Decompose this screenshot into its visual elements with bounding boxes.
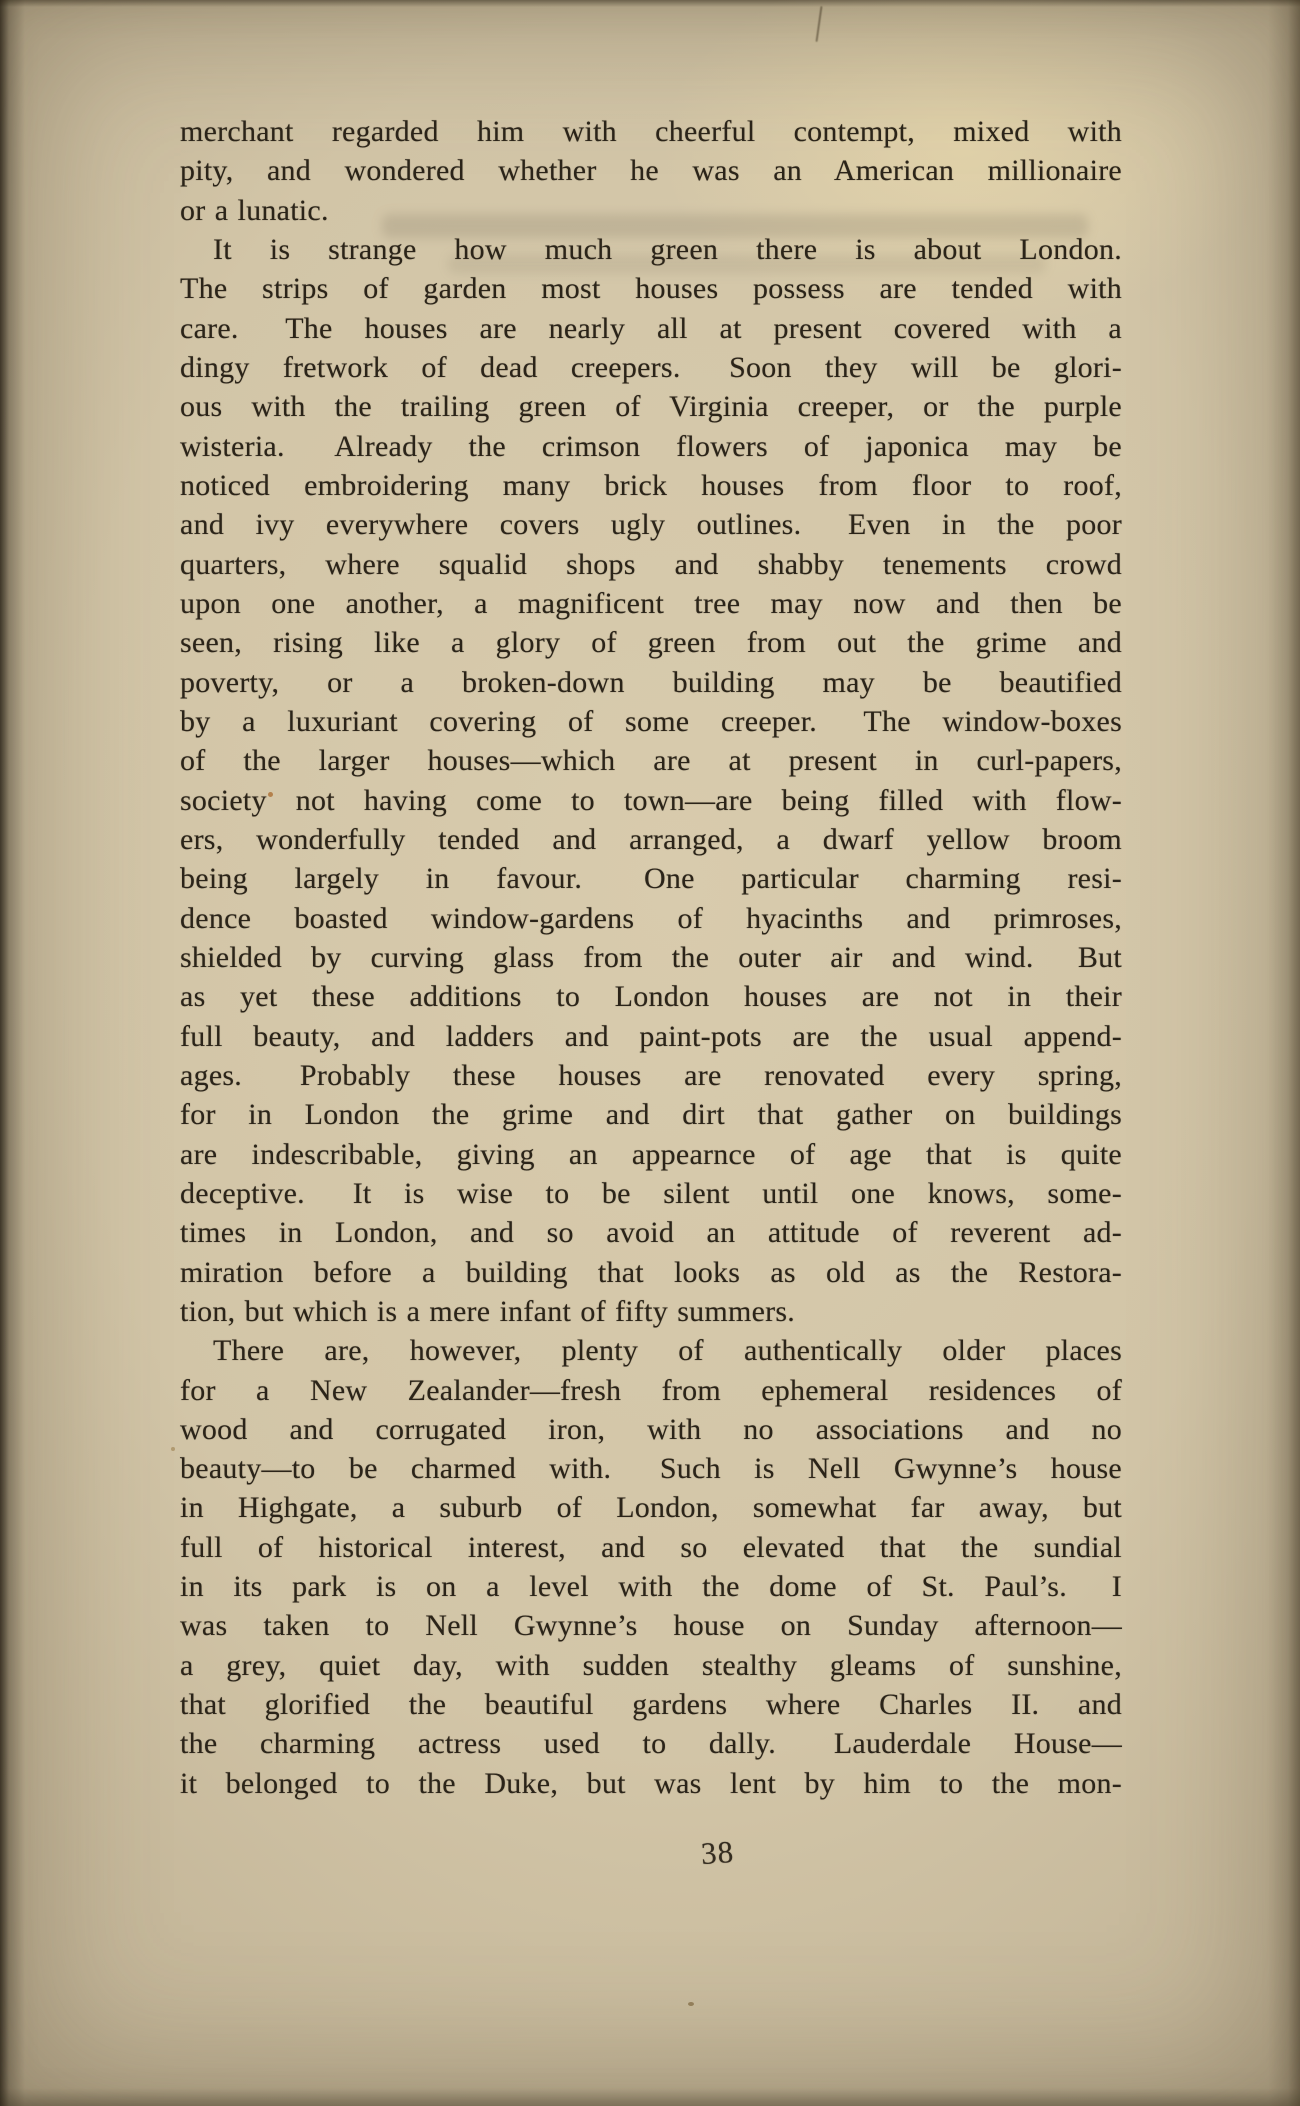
text-line: tion, but which is a mere infant of fift…: [180, 1292, 1122, 1331]
text-line: or a lunatic.: [180, 191, 1122, 230]
text-line: dence boasted window-gardens of hyacinth…: [180, 899, 1122, 938]
text-line: The strips of garden most houses possess…: [180, 269, 1122, 308]
text-line: It is strange how much green there is ab…: [180, 230, 1122, 269]
text-line: merchant regarded him with cheerful cont…: [180, 112, 1122, 151]
text-line: dingy fretwork of dead creepers. Soon th…: [180, 348, 1122, 387]
page-number: 38: [700, 1836, 735, 1869]
text-line: and ivy everywhere covers ugly outlines.…: [180, 505, 1122, 544]
text-line: There are, however, plenty of authentica…: [180, 1331, 1122, 1370]
text-line: wisteria. Already the crimson flowers of…: [180, 427, 1122, 466]
text-line: noticed embroidering many brick houses f…: [180, 466, 1122, 505]
text-line: was taken to Nell Gwynne’s house on Sund…: [180, 1606, 1122, 1645]
text-line: are indescribable, giving an appearnce o…: [180, 1135, 1122, 1174]
text-line: seen, rising like a glory of green from …: [180, 623, 1122, 662]
paragraph: There are, however, plenty of authentica…: [180, 1331, 1122, 1803]
text-line: quarters, where squalid shops and shabby…: [180, 545, 1122, 584]
text-line: of the larger houses—which are at presen…: [180, 741, 1122, 780]
text-line: poverty, or a broken-down building may b…: [180, 663, 1122, 702]
book-page: merchant regarded him with cheerful cont…: [0, 0, 1300, 2106]
page-text: merchant regarded him with cheerful cont…: [180, 112, 1122, 1803]
paper-speck: [688, 2002, 694, 2006]
text-line: ous with the trailing green of Virginia …: [180, 387, 1122, 426]
text-line: in its park is on a level with the dome …: [180, 1567, 1122, 1606]
text-line: miration before a building that looks as…: [180, 1253, 1122, 1292]
paragraph: merchant regarded him with cheerful cont…: [180, 112, 1122, 230]
text-line: ers, wonderfully tended and arranged, a …: [180, 820, 1122, 859]
text-line: deceptive. It is wise to be silent until…: [180, 1174, 1122, 1213]
text-line: full beauty, and ladders and paint-pots …: [180, 1017, 1122, 1056]
text-line: ages. Probably these houses are renovate…: [180, 1056, 1122, 1095]
paper-speck: [171, 1447, 175, 1451]
paragraph: It is strange how much green there is ab…: [180, 230, 1122, 1331]
text-line: for in London the grime and dirt that ga…: [180, 1095, 1122, 1134]
text-line: it belonged to the Duke, but was lent by…: [180, 1764, 1122, 1803]
text-line: that glorified the beautiful gardens whe…: [180, 1685, 1122, 1724]
text-line: for a New Zealander—fresh from ephemeral…: [180, 1371, 1122, 1410]
text-line: a grey, quiet day, with sudden stealthy …: [180, 1646, 1122, 1685]
text-line: care. The houses are nearly all at prese…: [180, 309, 1122, 348]
text-line: times in London, and so avoid an attitud…: [180, 1213, 1122, 1252]
text-line: full of historical interest, and so elev…: [180, 1528, 1122, 1567]
scratch-mark: [816, 6, 823, 42]
text-line: shielded by curving glass from the outer…: [180, 938, 1122, 977]
text-line: being largely in favour. One particular …: [180, 859, 1122, 898]
text-line: beauty—to be charmed with. Such is Nell …: [180, 1449, 1122, 1488]
text-line: by a luxuriant covering of some creeper.…: [180, 702, 1122, 741]
text-line: as yet these additions to London houses …: [180, 977, 1122, 1016]
text-line: the charming actress used to dally. Laud…: [180, 1724, 1122, 1763]
text-line: wood and corrugated iron, with no associ…: [180, 1410, 1122, 1449]
text-line: society not having come to town—are bein…: [180, 781, 1122, 820]
text-line: upon one another, a magnificent tree may…: [180, 584, 1122, 623]
text-line: in Highgate, a suburb of London, somewha…: [180, 1488, 1122, 1527]
text-line: pity, and wondered whether he was an Ame…: [180, 151, 1122, 190]
